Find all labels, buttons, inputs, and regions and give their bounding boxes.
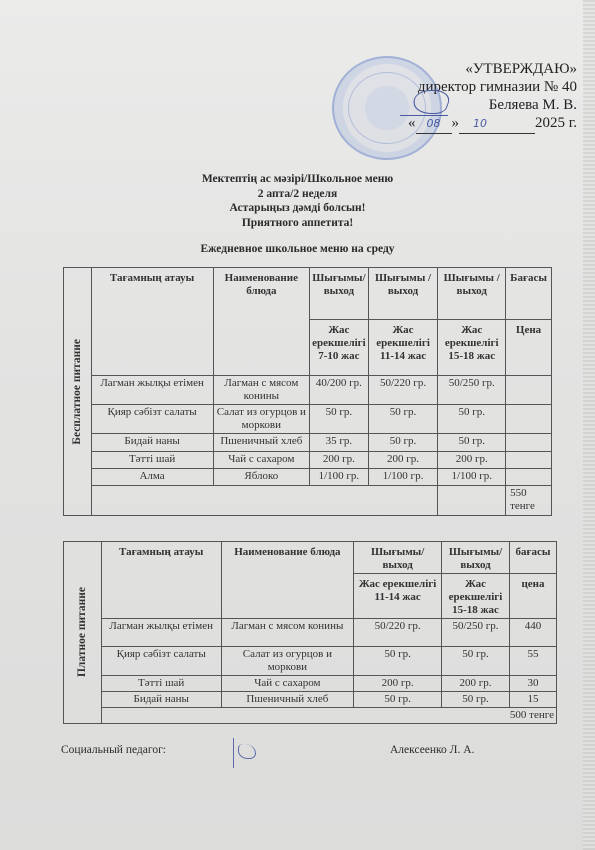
- output-11-14: 200 гр.: [368, 452, 438, 469]
- price: [506, 405, 552, 434]
- header-name-kz: Тағамның атауы: [101, 542, 221, 619]
- price: [506, 452, 552, 469]
- total-row: 500 тенге: [64, 708, 557, 724]
- title-line-1: Мектептің ас мәзірі/Школьное меню: [0, 172, 595, 187]
- output-7-10: 40/200 гр.: [310, 376, 369, 405]
- dish-name-ru: Пшеничный хлеб: [213, 434, 309, 452]
- header-name-ru: Наименование блюда: [213, 268, 309, 376]
- header-output-1: Шығымы/ выход: [354, 542, 442, 574]
- total-row: 550 тенге: [64, 486, 552, 516]
- output-11-14: 50/220 гр.: [368, 376, 438, 405]
- output-11-14: 50 гр.: [354, 692, 442, 708]
- table-row: Лагман жылқы етімен Лагман с мясом конин…: [64, 619, 557, 647]
- price: 440: [509, 619, 556, 647]
- title-line-3: Астарыңыз дәмді болсын!: [0, 201, 595, 216]
- paid-side-label: Платное питание: [76, 587, 89, 677]
- header-price-ru: Цена: [506, 320, 552, 376]
- free-total: 550 тенге: [506, 486, 552, 516]
- social-pedagog-name: Алексеенко Л. А.: [390, 744, 474, 756]
- output-15-18: 1/100 гр.: [438, 469, 506, 486]
- table-row: Қияр сәбізт салаты Салат из огурцов и мо…: [64, 647, 557, 676]
- price: 30: [509, 676, 556, 692]
- output-11-14: 50/220 гр.: [354, 619, 442, 647]
- daily-menu-title: Ежедневное школьное меню на среду: [0, 243, 595, 255]
- header-age-11-14: Жас ерекшелігі 11-14 жас: [368, 320, 438, 376]
- output-11-14: 1/100 гр.: [368, 469, 438, 486]
- dish-name-kz: Қияр сәбізт салаты: [91, 405, 213, 434]
- header-age-7-10: Жас ерекшелігі 7-10 жас: [310, 320, 369, 376]
- approval-date-day: 08: [416, 115, 452, 134]
- table-row: Бидай наны Пшеничный хлеб 35 гр. 50 гр. …: [64, 434, 552, 452]
- output-15-18: 200 гр.: [438, 452, 506, 469]
- table-row: Тәтті шай Чай с сахаром 200 гр. 200 гр. …: [64, 452, 552, 469]
- price: 15: [509, 692, 556, 708]
- dish-name-kz: Қияр сәбізт салаты: [101, 647, 221, 676]
- dish-name-kz: Лагман жылқы етімен: [91, 376, 213, 405]
- social-pedagog-label: Социальный педагог:: [61, 744, 166, 756]
- header-price: бағасы: [509, 542, 556, 574]
- price: 55: [509, 647, 556, 676]
- header-age-15-18: Жас ерекшелігі 15-18 жас: [442, 574, 510, 619]
- output-11-14: 50 гр.: [368, 434, 438, 452]
- approval-title: «УТВЕРЖДАЮ»: [408, 60, 577, 78]
- table-row: Қияр сәбізт салаты Салат из огурцов и мо…: [64, 405, 552, 434]
- dish-name-ru: Яблоко: [213, 469, 309, 486]
- dish-name-kz: Бидай наны: [101, 692, 221, 708]
- total-spacer: [91, 486, 438, 516]
- output-7-10: 200 гр.: [310, 452, 369, 469]
- output-7-10: 50 гр.: [310, 405, 369, 434]
- header-price-ru: цена: [509, 574, 556, 619]
- header-output-2: Шығымы/ выход: [442, 542, 510, 574]
- approval-date-month: 10: [459, 115, 535, 134]
- dish-name-ru: Пшеничный хлеб: [221, 692, 354, 708]
- output-7-10: 1/100 гр.: [310, 469, 369, 486]
- free-side-label-cell: Бесплатное питание: [64, 268, 92, 516]
- header-name-kz: Тағамның атауы: [91, 268, 213, 376]
- dish-name-ru: Чай с сахаром: [221, 676, 354, 692]
- free-side-label: Бесплатное питание: [71, 339, 84, 445]
- output-15-18: 50/250 гр.: [442, 619, 510, 647]
- dish-name-ru: Лагман с мясом конины: [221, 619, 354, 647]
- output-15-18: 200 гр.: [442, 676, 510, 692]
- table-row: Тәтті шай Чай с сахаром 200 гр. 200 гр. …: [64, 676, 557, 692]
- header-age-15-18: Жас ерекшелігі 15-18 жас: [438, 320, 506, 376]
- output-15-18: 50 гр.: [438, 434, 506, 452]
- dish-name-kz: Тәтті шай: [101, 676, 221, 692]
- dish-name-kz: Тәтті шай: [91, 452, 213, 469]
- approval-date: «08»102025 г.: [408, 114, 577, 134]
- header-price: Бағасы: [506, 268, 552, 320]
- output-11-14: 50 гр.: [368, 405, 438, 434]
- dish-name-kz: Бидай наны: [91, 434, 213, 452]
- paid-side-label-cell: Платное питание: [64, 542, 102, 724]
- approval-date-year: 2025 г.: [535, 115, 577, 131]
- price: [506, 376, 552, 405]
- paid-meals-table: Платное питание Тағамның атауы Наименова…: [63, 541, 557, 724]
- director-signature: [400, 88, 458, 116]
- paper-edge: [583, 0, 595, 850]
- header-output-2: Шығымы / выход: [368, 268, 438, 320]
- header-name-ru: Наименование блюда: [221, 542, 354, 619]
- header-output-1: Шығымы/ выход: [310, 268, 369, 320]
- output-15-18: 50 гр.: [438, 405, 506, 434]
- output-7-10: 35 гр.: [310, 434, 369, 452]
- free-meals-table: Бесплатное питание Тағамның атауы Наимен…: [63, 267, 552, 516]
- dish-name-ru: Салат из огурцов и моркови: [221, 647, 354, 676]
- dish-name-ru: Лагман с мясом конины: [213, 376, 309, 405]
- title-line-4: Приятного аппетита!: [0, 216, 595, 231]
- output-11-14: 200 гр.: [354, 676, 442, 692]
- dish-name-kz: Лагман жылқы етімен: [101, 619, 221, 647]
- header-age-11-14: Жас ерекшелігі 11-14 жас: [354, 574, 442, 619]
- dish-name-ru: Салат из огурцов и моркови: [213, 405, 309, 434]
- output-15-18: 50 гр.: [442, 647, 510, 676]
- output-11-14: 50 гр.: [354, 647, 442, 676]
- total-spacer: [438, 486, 506, 516]
- social-pedagog-signature: [233, 738, 261, 768]
- table-row: Алма Яблоко 1/100 гр. 1/100 гр. 1/100 гр…: [64, 469, 552, 486]
- title-line-2: 2 апта/2 неделя: [0, 187, 595, 202]
- output-15-18: 50/250 гр.: [438, 376, 506, 405]
- document-titles: Мектептің ас мәзірі/Школьное меню 2 апта…: [0, 172, 595, 230]
- header-output-3: Шығымы / выход: [438, 268, 506, 320]
- table-row: Лагман жылқы етімен Лагман с мясом конин…: [64, 376, 552, 405]
- table-row: Бидай наны Пшеничный хлеб 50 гр. 50 гр. …: [64, 692, 557, 708]
- paid-total: 500 тенге: [101, 708, 556, 724]
- output-15-18: 50 гр.: [442, 692, 510, 708]
- price: [506, 434, 552, 452]
- price: [506, 469, 552, 486]
- dish-name-kz: Алма: [91, 469, 213, 486]
- dish-name-ru: Чай с сахаром: [213, 452, 309, 469]
